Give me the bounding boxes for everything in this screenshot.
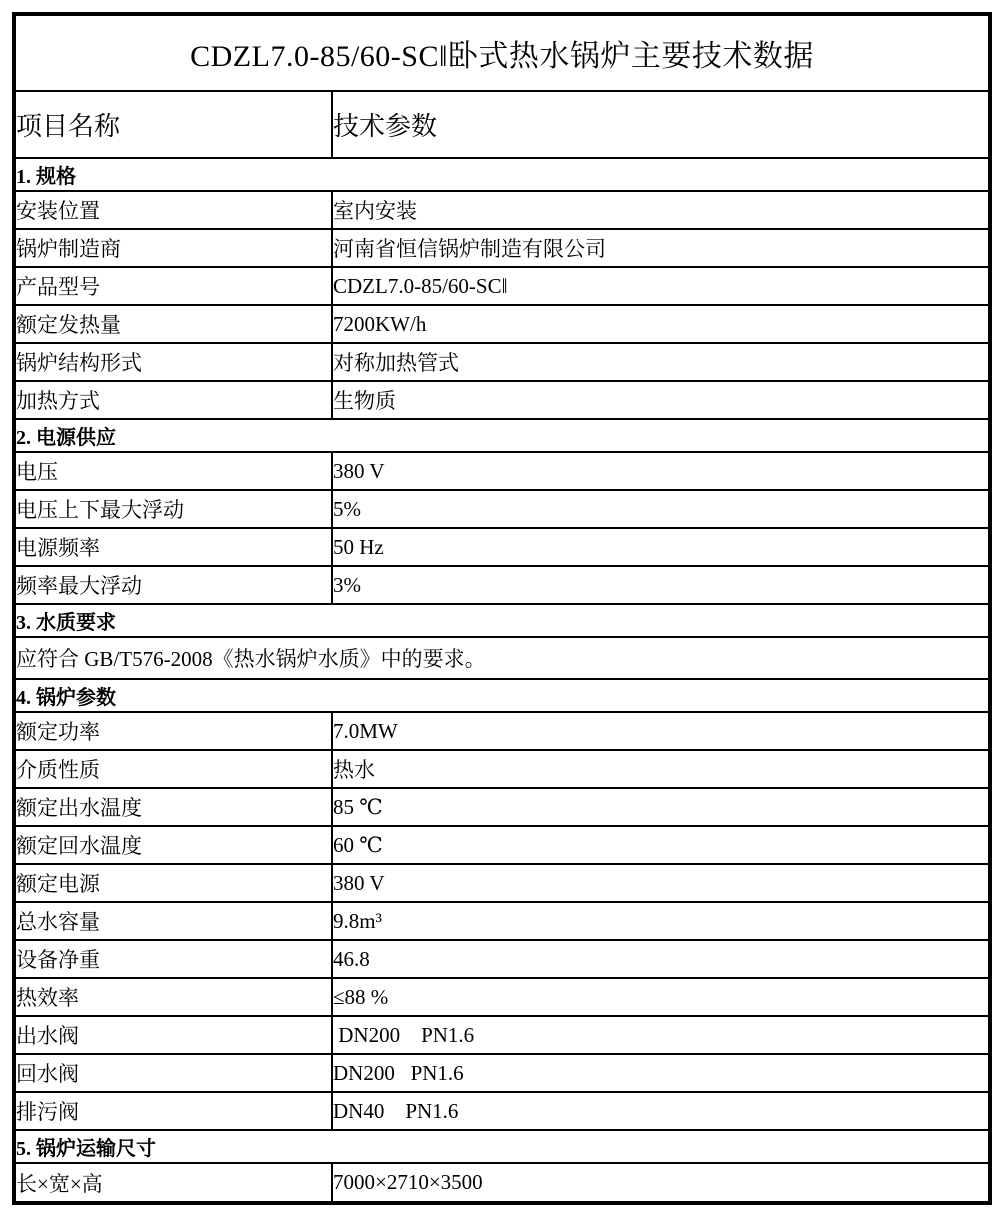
row-label-cell: 额定功率 (14, 712, 332, 750)
row-label-cell: 额定出水温度 (14, 788, 332, 826)
column-header-item: 项目名称 (14, 91, 332, 158)
table-row: 电源频率 50 Hz (14, 528, 990, 566)
table-row: 5. 锅炉运输尺寸 (14, 1130, 990, 1163)
row-label-cell: 加热方式 (14, 381, 332, 419)
row-value-cell: CDZL7.0-85/60-SC‖ (332, 267, 990, 305)
row-value-cell: 380 V (332, 452, 990, 490)
row-label-cell: 出水阀 (14, 1016, 332, 1054)
table-row: 4. 锅炉参数 (14, 679, 990, 712)
table-row: 频率最大浮动 3% (14, 566, 990, 604)
row-value-cell: DN200 PN1.6 (332, 1054, 990, 1092)
table-row: 电压上下最大浮动 5% (14, 490, 990, 528)
row-label-cell: 安装位置 (14, 191, 332, 229)
row-label-cell: 长×宽×高 (14, 1163, 332, 1203)
section-heading-boiler-params: 4. 锅炉参数 (14, 679, 990, 712)
doc-title: CDZL7.0-85/60-SC‖卧式热水锅炉主要技术数据 (14, 14, 990, 91)
row-value-cell: 7.0MW (332, 712, 990, 750)
row-value-cell: 380 V (332, 864, 990, 902)
row-label-cell: 电源频率 (14, 528, 332, 566)
row-value-cell: 对称加热管式 (332, 343, 990, 381)
table-row: 额定出水温度 85 ℃ (14, 788, 990, 826)
row-label-cell: 排污阀 (14, 1092, 332, 1130)
table-row: 加热方式 生物质 (14, 381, 990, 419)
table-row: 产品型号 CDZL7.0-85/60-SC‖ (14, 267, 990, 305)
table-row: 应符合 GB/T576-2008《热水锅炉水质》中的要求。 (14, 637, 990, 679)
row-label-cell: 设备净重 (14, 940, 332, 978)
row-value-cell: 7000×2710×3500 (332, 1163, 990, 1203)
section-heading-power-supply: 2. 电源供应 (14, 419, 990, 452)
table-row: 安装位置 室内安装 (14, 191, 990, 229)
table-row: 1. 规格 (14, 158, 990, 191)
table-row: 介质性质 热水 (14, 750, 990, 788)
boiler-spec-table: CDZL7.0-85/60-SC‖卧式热水锅炉主要技术数据 项目名称 技术参数 … (12, 12, 992, 1205)
table-row: 额定回水温度 60 ℃ (14, 826, 990, 864)
table-row: 回水阀 DN200 PN1.6 (14, 1054, 990, 1092)
row-label-cell: 电压 (14, 452, 332, 490)
table-row: 电压 380 V (14, 452, 990, 490)
row-label-cell: 额定电源 (14, 864, 332, 902)
table-row: 项目名称 技术参数 (14, 91, 990, 158)
row-label-cell: 总水容量 (14, 902, 332, 940)
row-label-cell: 频率最大浮动 (14, 566, 332, 604)
row-label-cell: 热效率 (14, 978, 332, 1016)
row-label-cell: 额定发热量 (14, 305, 332, 343)
row-value-cell: 河南省恒信锅炉制造有限公司 (332, 229, 990, 267)
row-value-cell: 60 ℃ (332, 826, 990, 864)
row-value-cell: 热水 (332, 750, 990, 788)
row-label-cell: 介质性质 (14, 750, 332, 788)
row-value-cell: 3% (332, 566, 990, 604)
water-quality-note: 应符合 GB/T576-2008《热水锅炉水质》中的要求。 (14, 637, 990, 679)
row-value-cell: DN200 PN1.6 (332, 1016, 990, 1054)
section-heading-water-quality: 3. 水质要求 (14, 604, 990, 637)
row-value-cell: 85 ℃ (332, 788, 990, 826)
row-value-cell: ≤88 % (332, 978, 990, 1016)
table-row: 总水容量 9.8m³ (14, 902, 990, 940)
table-row: 锅炉结构形式 对称加热管式 (14, 343, 990, 381)
document-page: CDZL7.0-85/60-SC‖卧式热水锅炉主要技术数据 项目名称 技术参数 … (0, 0, 1000, 1213)
row-value-cell: 7200KW/h (332, 305, 990, 343)
table-row: 热效率 ≤88 % (14, 978, 990, 1016)
table-row: 3. 水质要求 (14, 604, 990, 637)
table-row: CDZL7.0-85/60-SC‖卧式热水锅炉主要技术数据 (14, 14, 990, 91)
row-label-cell: 电压上下最大浮动 (14, 490, 332, 528)
row-value-cell: 生物质 (332, 381, 990, 419)
section-heading-spec: 1. 规格 (14, 158, 990, 191)
row-value-cell: 室内安装 (332, 191, 990, 229)
row-label-cell: 回水阀 (14, 1054, 332, 1092)
table-row: 2. 电源供应 (14, 419, 990, 452)
row-value-cell: 5% (332, 490, 990, 528)
row-label-cell: 锅炉结构形式 (14, 343, 332, 381)
table-row: 出水阀 DN200 PN1.6 (14, 1016, 990, 1054)
row-value-cell: DN40 PN1.6 (332, 1092, 990, 1130)
section-heading-transport-size: 5. 锅炉运输尺寸 (14, 1130, 990, 1163)
column-header-param: 技术参数 (332, 91, 990, 158)
table-row: 长×宽×高 7000×2710×3500 (14, 1163, 990, 1203)
table-row: 额定功率 7.0MW (14, 712, 990, 750)
table-row: 排污阀 DN40 PN1.6 (14, 1092, 990, 1130)
row-label-cell: 产品型号 (14, 267, 332, 305)
row-label-cell: 锅炉制造商 (14, 229, 332, 267)
row-value-cell: 50 Hz (332, 528, 990, 566)
table-row: 额定发热量 7200KW/h (14, 305, 990, 343)
row-value-cell: 9.8m³ (332, 902, 990, 940)
table-row: 额定电源 380 V (14, 864, 990, 902)
row-label-cell: 额定回水温度 (14, 826, 332, 864)
table-row: 设备净重 46.8 (14, 940, 990, 978)
row-value-cell: 46.8 (332, 940, 990, 978)
table-row: 锅炉制造商 河南省恒信锅炉制造有限公司 (14, 229, 990, 267)
